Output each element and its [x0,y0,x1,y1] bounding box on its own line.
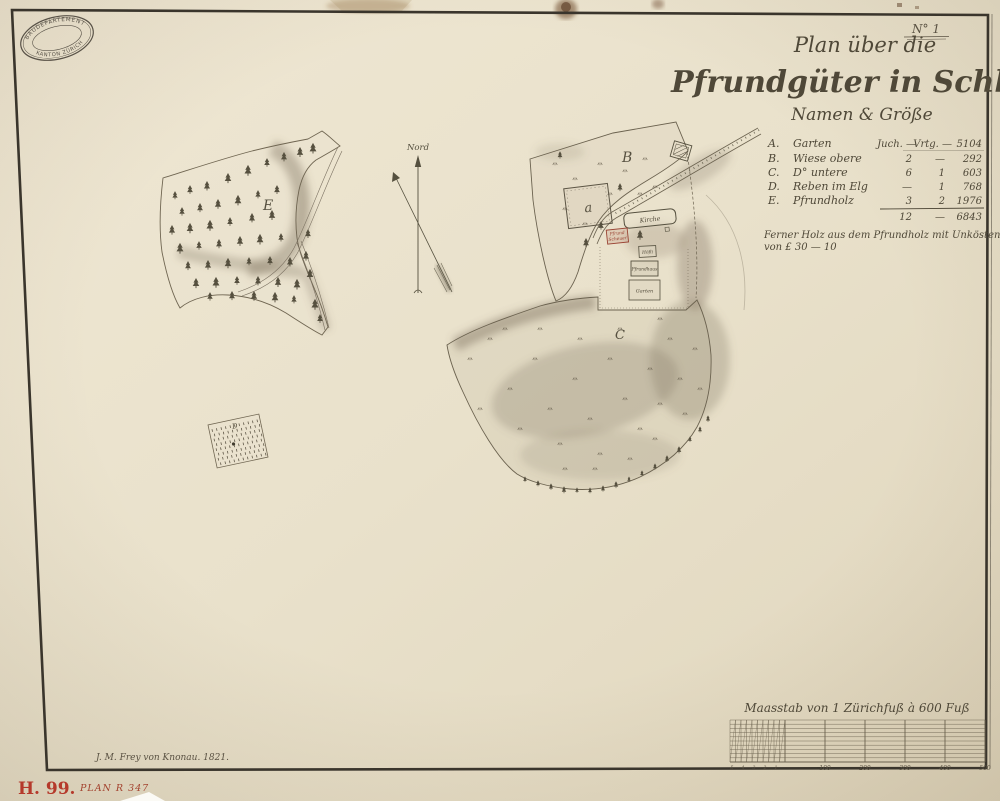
pfrund-scheuer-building: Pfrund Scheuer [606,228,628,244]
total-vrtg: — [935,212,945,223]
scale-minor-label: 3 [753,765,756,771]
garten-plot: Garten [629,280,660,300]
row-juch: 3 [906,196,912,207]
row-name: Pfrundholz [792,194,854,207]
scale-major-label: 100 [819,765,831,772]
plan-drawing: BAUDEPARTEMENT KANTON ZÜRICH N° 1 Plan ü… [0,0,1000,801]
title-line1: Plan über die [793,33,936,57]
surveyor-signature: J. M. Frey von Knonau. 1821. [94,753,229,763]
parcel-e-label: E [262,198,273,214]
scale-minor-label: 1 [775,765,778,771]
scale-minor-label: 2 [763,765,767,771]
hoefli-label: Höfli [641,250,654,256]
row-vrtg: 2 [938,196,945,207]
row-vrtg: 1 [939,182,945,193]
row-vrtg: Vrtg. — [913,139,952,150]
hoefli-building: Höfli [639,246,657,258]
row-letter: C. [768,166,780,179]
archive-number: H. 99. [18,779,75,799]
row-vrtg: — [935,154,945,165]
row-juch: Juch. — [875,139,916,150]
row-name: Wiese obere [793,152,862,165]
row-name: Reben im Elg [792,180,868,193]
scale-major-label: 400 [938,765,951,772]
parcel-b-label: B [621,150,632,166]
scale-major-label: 500 [979,765,991,772]
table-note-line1: Ferner Holz aus dem Pfrundholz mit Unkös… [763,230,1000,241]
total-fuss: 6843 [957,212,982,223]
scale-minor-label: 5 [731,765,734,771]
row-fuss: 5104 [957,139,982,150]
garten-label: Garten [636,289,654,295]
pfrundhaus-building: Pfrundhaus [631,261,658,276]
table-note-line2: von £ 30 — 10 [764,242,837,253]
row-fuss: 768 [963,182,982,193]
row-juch: 2 [905,154,912,165]
row-letter: D. [767,180,780,193]
table-total-row: 12 — 6843 [899,212,982,223]
scale-major-label: 200 [858,765,871,772]
row-vrtg: 1 [939,168,945,179]
north-label: Nord [406,143,430,153]
row-name: Garten [793,137,832,150]
row-fuss: 1976 [957,196,983,207]
row-letter: B. [767,152,780,165]
row-fuss: 292 [962,154,982,165]
row-name: D° untere [792,166,848,179]
row-letter: A. [767,137,779,150]
total-juch: 12 [899,212,912,223]
pfrundhaus-label: Pfrundhaus [631,268,658,273]
garden-a: a [564,183,613,228]
scale-bar-title: Maasstab von 1 Zürichfuß à 600 Fuß [743,701,969,715]
archive-plan-signature: PLAN R 347 [79,783,149,794]
title-line3: Namen & Größe [790,105,932,125]
title-line2: Pfrundgüter in Schlatt [670,65,1000,100]
row-letter: E. [767,194,780,207]
row-juch: — [902,182,912,193]
row-juch: 6 [906,168,913,179]
scale-minor-label: 4 [741,765,745,771]
scale-major-label: 300 [899,765,911,772]
map-sheet: BAUDEPARTEMENT KANTON ZÜRICH N° 1 Plan ü… [0,0,1000,801]
row-fuss: 603 [963,168,982,179]
parcel-c-label: C [615,328,625,343]
